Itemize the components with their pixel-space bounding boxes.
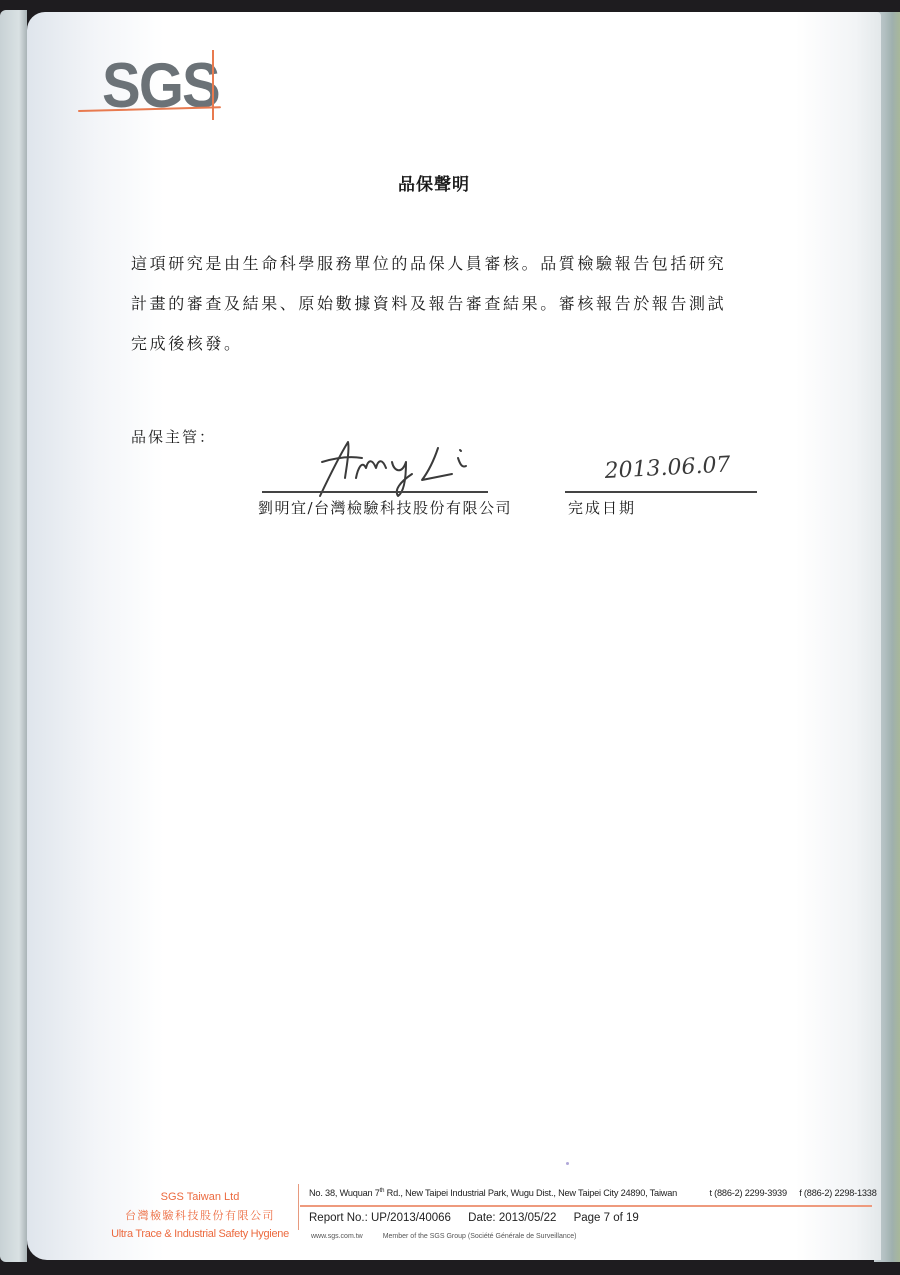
footer-report-line: Report No.: UP/2013/40066 Date: 2013/05/… <box>309 1212 653 1224</box>
page-title: 品保聲明 <box>398 170 470 195</box>
paragraph-line: 完成後核發。 <box>131 324 731 364</box>
logo-vertical-rule <box>212 50 214 120</box>
footer-address: No. 38, Wuquan 7th Rd., New Taipei Indus… <box>309 1188 677 1198</box>
signature-line <box>262 491 488 493</box>
scan-speck <box>566 1162 569 1165</box>
document-page <box>27 12 881 1260</box>
footer-company-zh: 台灣檢驗科技股份有限公司 <box>100 1205 300 1227</box>
date-line <box>565 491 757 493</box>
signer-name: 劉明宜/台灣檢驗科技股份有限公司 <box>258 497 512 518</box>
footer-company-block: SGS Taiwan Ltd 台灣檢驗科技股份有限公司 Ultra Trace … <box>100 1190 300 1242</box>
paragraph-line: 計畫的審查及結果、原始數據資料及報告審查結果。審核報告於報告測試 <box>131 284 731 324</box>
handwritten-signature <box>310 430 485 500</box>
paragraph-line: 這項研究是由生命科學服務單位的品保人員審核。品質檢驗報告包括研究 <box>131 244 731 284</box>
handwritten-date: 2013.06.07 <box>605 448 765 488</box>
footer-company-en: SGS Taiwan Ltd <box>100 1190 300 1205</box>
footer-web-line: www.sgs.com.tw Member of the SGS Group (… <box>311 1233 576 1240</box>
footer-fax: f (886-2) 2298-1338 <box>799 1188 876 1198</box>
footer-division: Ultra Trace & Industrial Safety Hygiene <box>100 1227 300 1242</box>
book-left-page-edge <box>0 10 27 1262</box>
footer-address-line: No. 38, Wuquan 7th Rd., New Taipei Indus… <box>309 1188 877 1198</box>
footer-vertical-rule <box>298 1184 299 1230</box>
report-number: Report No.: UP/2013/40066 <box>309 1212 451 1224</box>
footer-member-note: Member of the SGS Group (Société Général… <box>383 1233 577 1240</box>
supervisor-label: 品保主管： <box>131 426 216 447</box>
report-date: Date: 2013/05/22 <box>468 1212 556 1224</box>
footer-horizontal-rule <box>300 1205 872 1207</box>
footer-website: www.sgs.com.tw <box>311 1233 363 1240</box>
svg-text:2013.06.07: 2013.06.07 <box>605 452 731 484</box>
footer-phone: t (886-2) 2299-3939 <box>709 1188 786 1198</box>
statement-paragraph: 這項研究是由生命科學服務單位的品保人員審核。品質檢驗報告包括研究 計畫的審查及結… <box>131 244 731 364</box>
completion-date-label: 完成日期 <box>568 497 636 518</box>
page-number: Page 7 of 19 <box>574 1212 639 1224</box>
